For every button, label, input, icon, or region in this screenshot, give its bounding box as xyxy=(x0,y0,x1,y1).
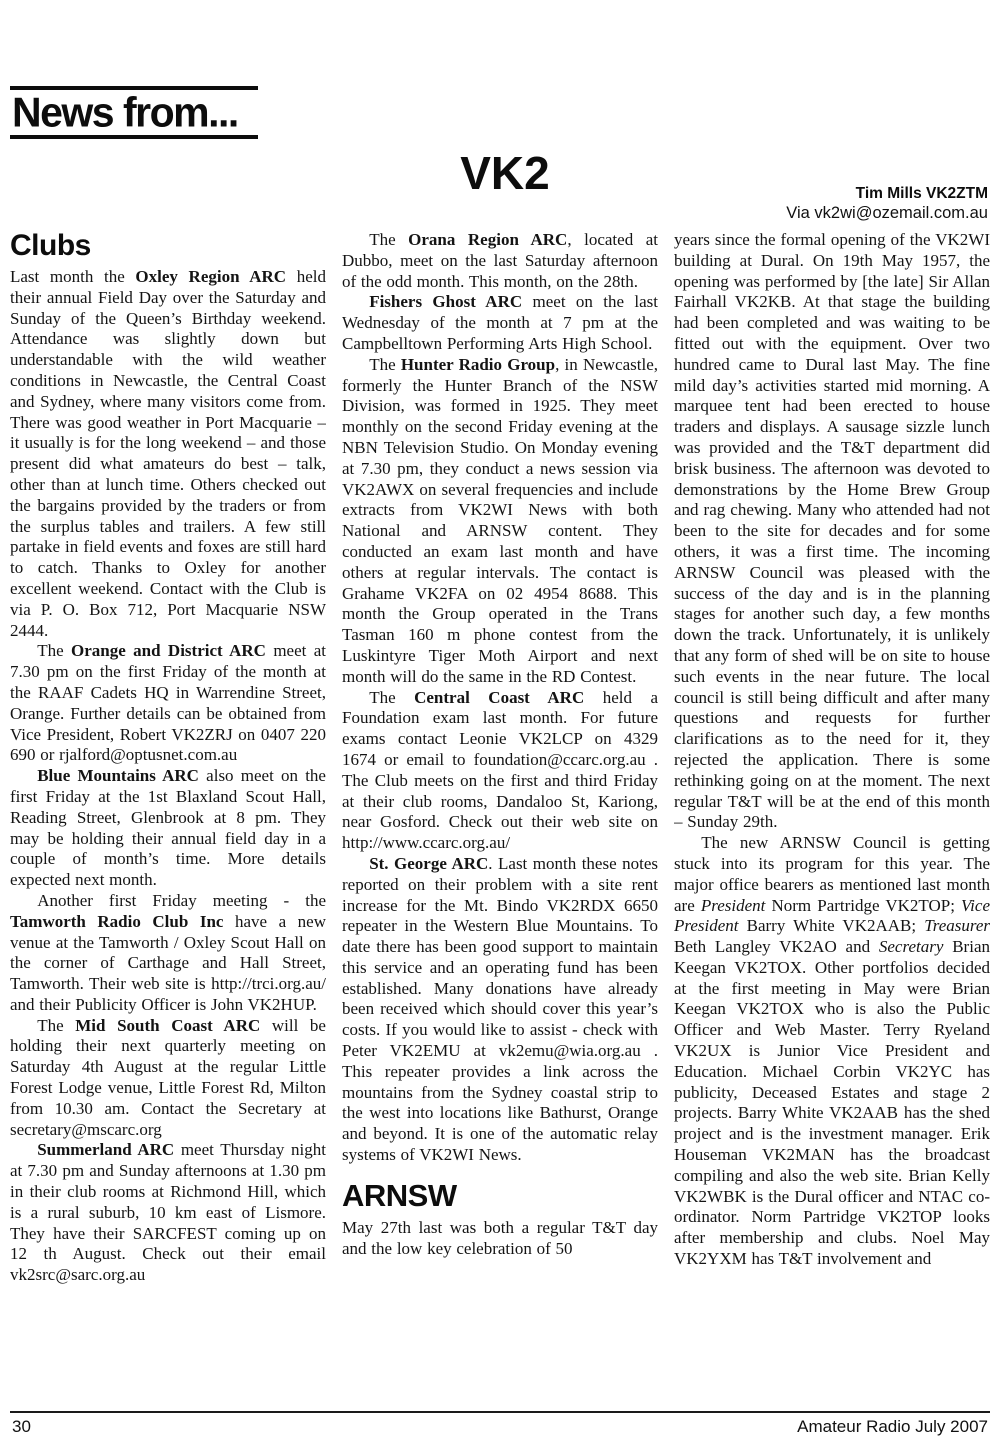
body-text: Last month the xyxy=(10,267,135,286)
magazine-page: News from... VK2 Tim Mills VK2ZTM Via vk… xyxy=(0,0,1000,1443)
body-text: The xyxy=(369,688,414,707)
bold-text: Fishers Ghost ARC xyxy=(369,292,522,311)
bold-text: Central Coast ARC xyxy=(414,688,584,707)
paragraph: years since the formal opening of the VK… xyxy=(674,230,990,833)
column-3-paragraphs: years since the formal opening of the VK… xyxy=(674,230,990,1270)
body-text: The xyxy=(369,230,408,249)
paragraph: The Orana Region ARC, located at Dubbo, … xyxy=(342,230,658,292)
body-text: meet Thursday night at 7.30 pm and Sunda… xyxy=(10,1140,326,1284)
bold-text: Tamworth Radio Club Inc xyxy=(10,912,223,931)
byline-email: Via vk2wi@ozemail.com.au xyxy=(786,203,988,223)
body-text: The xyxy=(369,355,401,374)
region-title: VK2 xyxy=(340,146,670,200)
column-2: The Orana Region ARC, located at Dubbo, … xyxy=(342,230,658,1412)
bold-text: Mid South Coast ARC xyxy=(75,1016,260,1035)
body-text: The xyxy=(37,1016,75,1035)
bold-text: Oxley Region ARC xyxy=(135,267,286,286)
paragraph: St. George ARC. Last month these notes r… xyxy=(342,854,658,1166)
masthead-rule-bottom xyxy=(10,135,258,139)
paragraph: May 27th last was both a regular T&T day… xyxy=(342,1218,658,1260)
bold-text: Orana Region ARC xyxy=(408,230,567,249)
body-text: held their annual Field Day over the Sat… xyxy=(10,267,326,640)
byline: Tim Mills VK2ZTM Via vk2wi@ozemail.com.a… xyxy=(786,184,988,223)
body-text: May 27th last was both a regular T&T day… xyxy=(342,1218,658,1258)
column-3: years since the formal opening of the VK… xyxy=(674,230,990,1412)
column-2-paragraphs: The Orana Region ARC, located at Dubbo, … xyxy=(342,230,658,1166)
body-text: years since the formal opening of the VK… xyxy=(674,230,990,831)
paragraph: The new ARNSW Council is getting stuck i… xyxy=(674,833,990,1270)
paragraph: Fishers Ghost ARC meet on the last Wedne… xyxy=(342,292,658,354)
bold-text: Summerland ARC xyxy=(37,1140,174,1159)
bold-text: St. George ARC xyxy=(369,854,488,873)
body-text: , in Newcastle, formerly the Hunter Bran… xyxy=(342,355,658,686)
bold-text: Hunter Radio Group xyxy=(401,355,555,374)
arnsw-heading: ARNSW xyxy=(342,1180,658,1212)
masthead-title: News from... xyxy=(10,90,258,136)
body-text: . Last month these notes reported on the… xyxy=(342,854,658,1164)
column-2-paragraphs-after: May 27th last was both a regular T&T day… xyxy=(342,1218,658,1260)
paragraph: Another first Friday meeting - the Tamwo… xyxy=(10,891,326,1016)
column-1-paragraphs: Last month the Oxley Region ARC held the… xyxy=(10,267,326,1286)
body-text: Barry White VK2AAB; xyxy=(739,916,925,935)
paragraph: Last month the Oxley Region ARC held the… xyxy=(10,267,326,641)
paragraph: The Central Coast ARC held a Foundation … xyxy=(342,688,658,854)
italic-text: President xyxy=(701,896,766,915)
paragraph: The Mid South Coast ARC will be holding … xyxy=(10,1016,326,1141)
body-text: Beth Langley VK2AO and xyxy=(674,937,879,956)
body-text: Norm Partridge VK2TOP; xyxy=(765,896,961,915)
body-text: held a Foundation exam last month. For f… xyxy=(342,688,658,853)
byline-author: Tim Mills VK2ZTM xyxy=(786,184,988,203)
paragraph: The Orange and District ARC meet at 7.30… xyxy=(10,641,326,766)
bold-text: Blue Mountains ARC xyxy=(37,766,199,785)
journal-title: Amateur Radio July 2007 xyxy=(797,1417,988,1437)
italic-text: Treasurer xyxy=(924,916,990,935)
body-text: Another first Friday meeting - the xyxy=(37,891,326,910)
italic-text: Secretary xyxy=(879,937,944,956)
footer-rule xyxy=(10,1411,990,1413)
article-columns: Clubs Last month the Oxley Region ARC he… xyxy=(10,230,990,1412)
body-text: Brian Keegan VK2TOX. Other portfolios de… xyxy=(674,937,990,1268)
column-1: Clubs Last month the Oxley Region ARC he… xyxy=(10,230,326,1412)
paragraph: Summerland ARC meet Thursday night at 7.… xyxy=(10,1140,326,1286)
body-text: The xyxy=(37,641,71,660)
news-from-masthead: News from... xyxy=(10,86,258,139)
paragraph: The Hunter Radio Group, in Newcastle, fo… xyxy=(342,355,658,688)
paragraph: Blue Mountains ARC also meet on the firs… xyxy=(10,766,326,891)
clubs-heading: Clubs xyxy=(10,230,326,262)
bold-text: Orange and District ARC xyxy=(71,641,266,660)
page-number: 30 xyxy=(12,1417,31,1437)
